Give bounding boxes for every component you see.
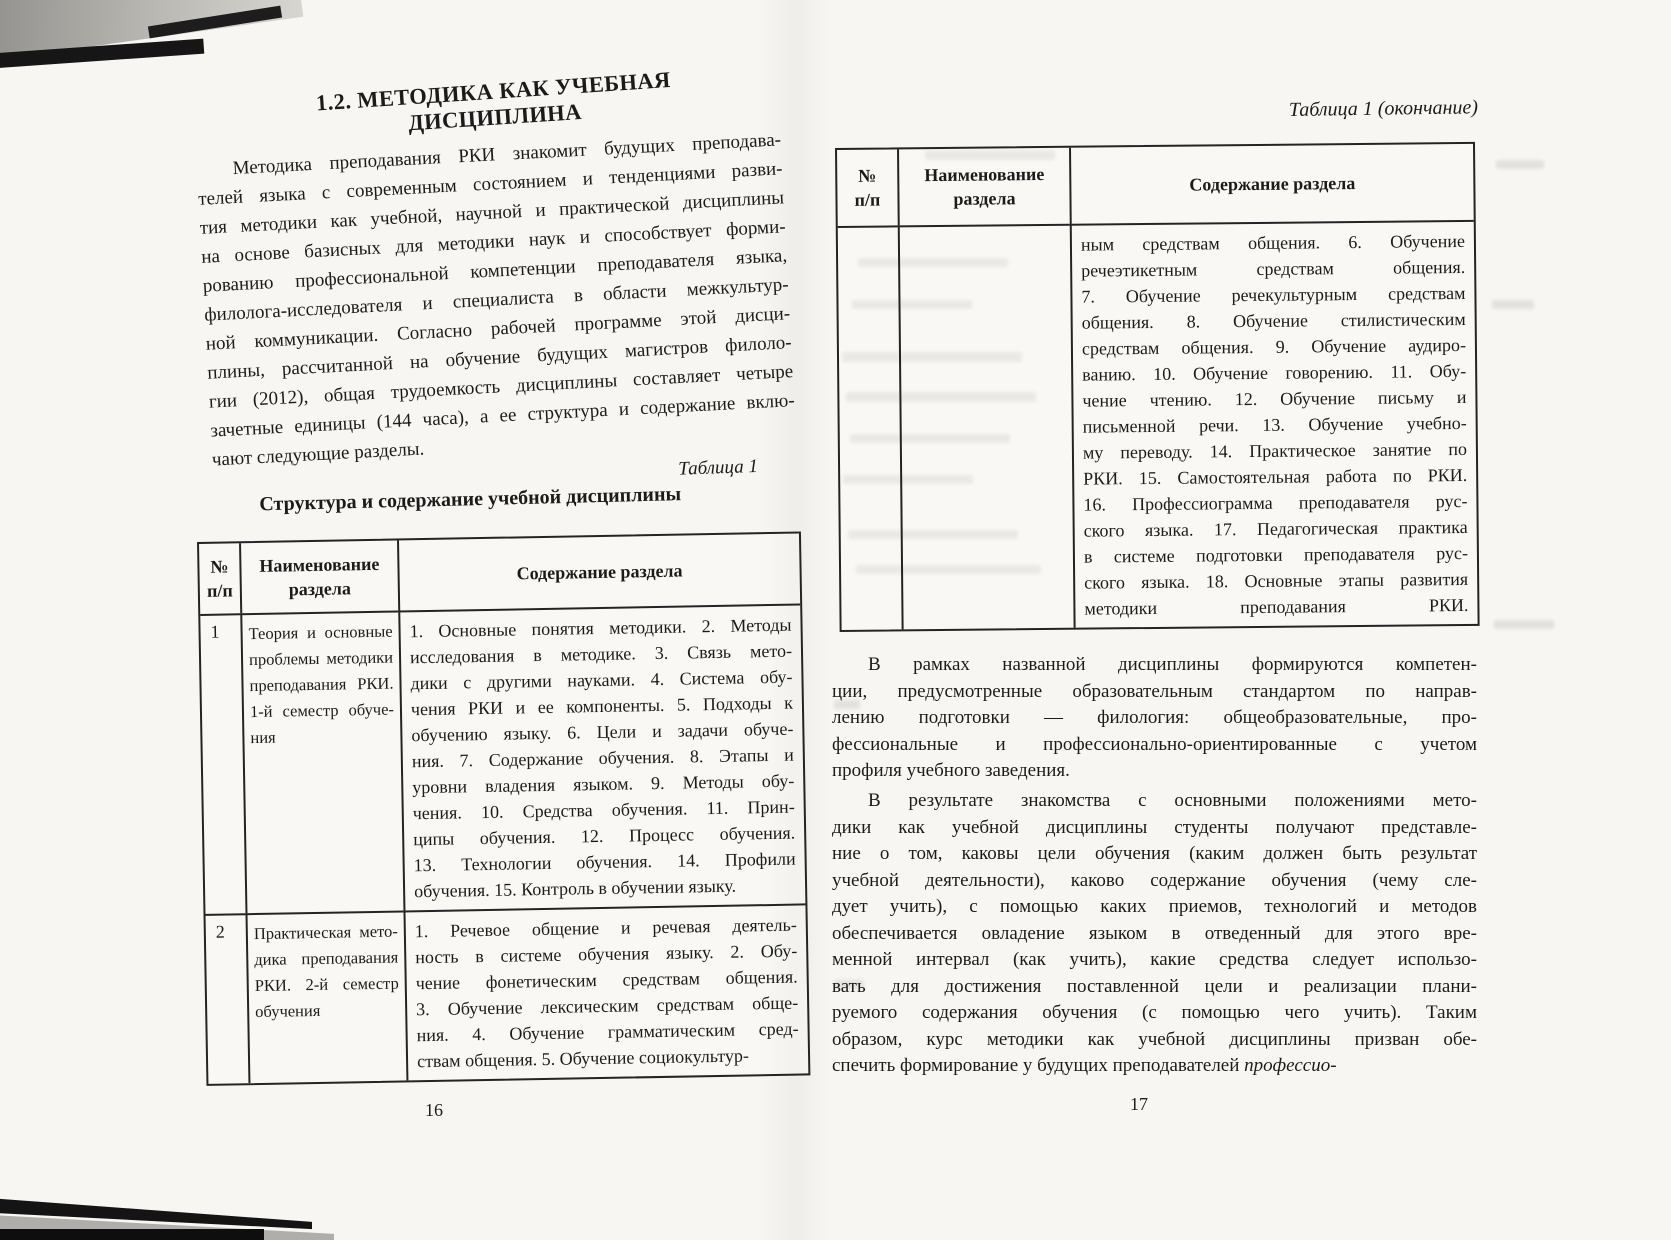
text-line: 7. Обучение речекультурным средствам [1081,280,1465,310]
right-table-row-num-empty [838,225,902,630]
paragraph-2-last-regular: спечить формирование у будущих преподава… [832,1055,1244,1076]
text-line: вать для достижения поставленной цели и … [832,974,1477,1001]
left-page-table: № п/п Наименование раздела Содержание ра… [197,531,810,1085]
text-line: образом, курс методики как учебной дисци… [832,1027,1477,1054]
right-table-continuation-content: ным средствам общения. 6. Обучениеречеэт… [1070,220,1478,628]
right-page-number: 17 [1130,1094,1148,1115]
left-table-header-content: Содержание раздела [397,533,800,610]
left-table-header-name: Наименование раздела [239,541,398,614]
text-line: ского языка. 18. Основные этапы развития [1084,566,1468,596]
text-line: проблемы методики [249,645,393,674]
left-table-caption: Таблица 1 [638,456,759,482]
text-line: дики как учебной дисциплины студенты пол… [832,815,1477,842]
text-line: обучения [255,997,399,1026]
text-line: обучения. 15. Контроль в обучении языку. [414,872,796,905]
text-line: ния [250,723,394,752]
text-line: учебной деятельности), каково содержание… [832,868,1477,895]
bleed-through-artifact [1494,620,1554,629]
text-line: РКИ. 15. Самостоятельная работа по РКИ. [1083,462,1467,492]
text-line: дует учить), с помощью каких приемов, те… [832,894,1477,921]
left-table-row2-content: 1. Речевое общение и речевая деятель-нос… [403,903,808,1080]
header-name-line2: раздела [242,576,398,603]
left-page-intro-paragraph: Методика преподавания РКИ знакомит будущ… [196,125,797,474]
text-line: дика преподавания [254,945,398,974]
text-line: Теория и основные [248,619,392,648]
header-content-label: Содержание раздела [399,556,799,587]
text-line: му переводу. 14. Практическое занятие по [1083,436,1467,466]
text-line: ние о том, каковы цели обучения (каким д… [832,841,1477,868]
text-line: ции, предусмотренные образовательным ста… [832,679,1477,706]
text-line: 1-й семестр обуче- [250,697,394,726]
text-line: фессиональные и профессионально-ориентир… [832,732,1477,759]
text-line: средствам общения. 9. Обучение аудиро- [1082,332,1466,362]
header-name-line1: Наименование [241,552,397,579]
text-line: лению подготовки — филология: общеобразо… [832,705,1477,732]
text-line: ным средствам общения. 6. Обучение [1081,228,1465,258]
text-line: менной интервал (как учить), какие средс… [832,947,1477,974]
header-name-line1: Наименование [899,162,1069,188]
text-line: В рамках названной дисциплины формируютс… [832,652,1477,679]
text-line: руемого содержания обучения (с помощью ч… [832,1000,1477,1027]
text-line: общения. 8. Обучение стилистическим [1082,306,1466,336]
text-line: методики преподавания РКИ. [1084,592,1468,622]
paragraph-2-lines: В результате знакомства с основными поло… [832,788,1477,1053]
header-num-line2: п/п [837,187,897,212]
left-page-number: 16 [425,1100,443,1121]
text-line: ствам общения. 5. Обучение социокультур- [417,1042,799,1075]
header-num-line1: № [837,163,897,188]
bleed-through-artifact [1496,160,1544,169]
right-table-header-name: Наименование раздела [897,148,1070,226]
text-line: ванию. 10. Обучение говорению. 11. Обу- [1082,358,1466,388]
left-table-row1-num: 1 [200,613,245,914]
scanned-book-spread: { "left_page": { "title": "1.2. МЕТОДИКА… [0,0,1671,1240]
right-page-paragraph-2: В результате знакомства с основными поло… [832,788,1477,1080]
left-table-row1-name: Теория и основныепроблемы методикипрепод… [240,610,403,913]
paragraph-2-last-italic: профессио- [1244,1055,1336,1076]
right-table-caption: Таблица 1 (окончание) [1240,96,1478,122]
right-table-row-name-empty [898,224,1074,630]
right-page-table: № п/п Наименование раздела Содержание ра… [835,142,1480,632]
text-line: 16. Профессиограмма преподавателя рус- [1083,488,1467,518]
text-line: В результате знакомства с основными поло… [832,788,1477,815]
paragraph-2-last-line: спечить формирование у будущих преподава… [832,1053,1477,1080]
text-line: письменной речи. 13. Обучение учебно- [1083,410,1467,440]
text-line: преподавания РКИ. [249,671,393,700]
text-line: обеспечивается овладение языком в отведе… [832,921,1477,948]
scan-artifact-bottom-left-black-strip [0,1229,264,1240]
text-line: в системе подготовки преподавателя рус- [1084,540,1468,570]
header-num-line2: п/п [200,578,240,603]
header-content-label: Содержание раздела [1071,170,1473,198]
left-table-header-num: № п/п [199,543,240,614]
right-table-header-num: № п/п [837,149,898,226]
text-line: Практическая мето- [254,919,398,948]
text-line: профиля учебного заведения. [832,758,1477,785]
left-table-row2-name: Практическая мето-дика преподаванияРКИ. … [245,910,406,1083]
left-table-row1-content: 1. Основные понятия методики. 2. Методыи… [398,603,805,910]
right-page-paragraph-1: В рамках названной дисциплины формируютс… [832,652,1477,785]
text-line: речеэтикетным средствам общения. [1081,254,1465,284]
text-line: ского языка. 17. Педагогическая практика [1084,514,1468,544]
right-table-header-content: Содержание раздела [1069,144,1474,224]
text-line: РКИ. 2-й семестр [255,971,399,1000]
left-table-title: Структура и содержание учебной дисциплин… [235,483,705,517]
bleed-through-artifact [1492,300,1534,309]
left-table-row2-num: 2 [205,913,248,1084]
text-line: чение чтению. 12. Обучение письму и [1082,384,1466,414]
header-name-line2: раздела [899,186,1069,212]
header-num-line1: № [199,554,239,579]
